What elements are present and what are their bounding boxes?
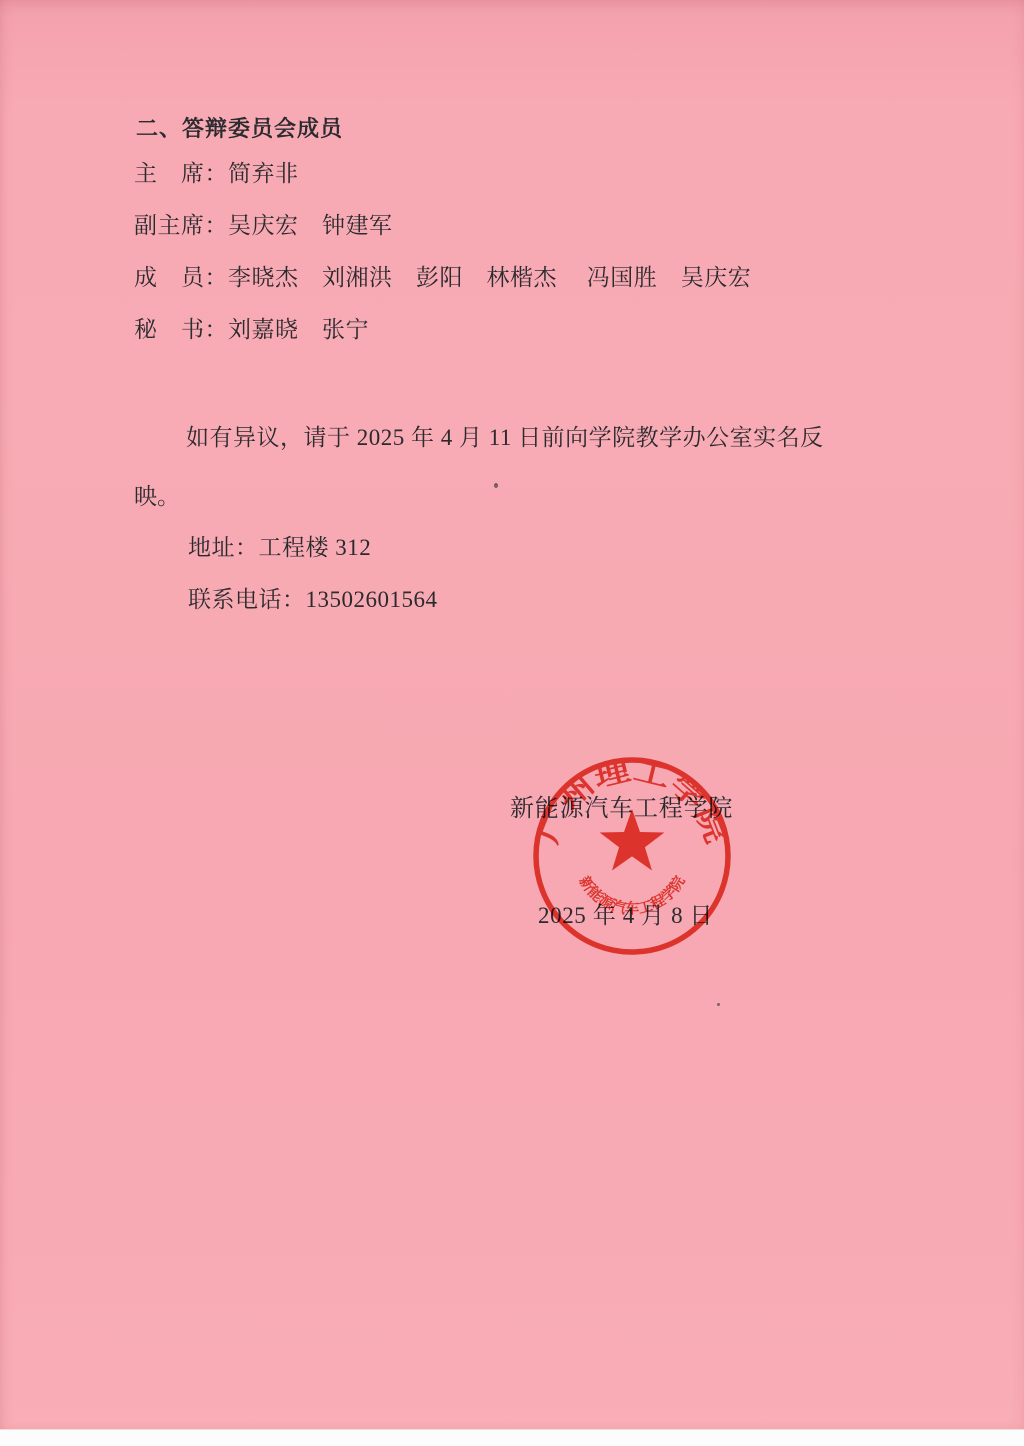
seal-star-icon bbox=[600, 809, 665, 871]
role-names: 吴庆宏 钟建军 bbox=[228, 213, 393, 238]
contact-phone-line: 联系电话：13502601564 bbox=[188, 581, 438, 614]
role-names: 简弃非 bbox=[228, 161, 299, 186]
committee-row-members: 成 员：李晓杰 刘湘洪 彭阳 林楷杰 冯国胜 吴庆宏 bbox=[134, 259, 751, 311]
scan-dust-speck bbox=[717, 1003, 720, 1006]
seal-bottom-arc-text: 新能源汽车工程学院 bbox=[576, 872, 689, 917]
role-label: 成 员： bbox=[134, 265, 228, 290]
scanned-document-page: 二、答辩委员会成员 主 席：简弃非 副主席：吴庆宏 钟建军 成 员：李晓杰 刘湘… bbox=[0, 0, 1024, 1446]
committee-row-vice-chair: 副主席：吴庆宏 钟建军 bbox=[134, 207, 751, 259]
pink-paper-sheet: 二、答辩委员会成员 主 席：简弃非 副主席：吴庆宏 钟建军 成 员：李晓杰 刘湘… bbox=[0, 0, 1024, 1430]
committee-member-list: 主 席：简弃非 副主席：吴庆宏 钟建军 成 员：李晓杰 刘湘洪 彭阳 林楷杰 冯… bbox=[134, 155, 751, 363]
section-heading: 二、答辩委员会成员 bbox=[136, 112, 343, 143]
committee-row-secretary: 秘 书：刘嘉晓 张宁 bbox=[134, 311, 751, 363]
objection-notice-line-2: 映。 bbox=[134, 478, 180, 511]
committee-row-chair: 主 席：简弃非 bbox=[134, 155, 751, 207]
role-label: 副主席： bbox=[134, 213, 228, 238]
role-label: 主 席： bbox=[134, 161, 228, 186]
address-line: 地址：工程楼 312 bbox=[188, 529, 371, 562]
role-names: 李晓杰 刘湘洪 彭阳 林楷杰 冯国胜 吴庆宏 bbox=[228, 265, 751, 290]
role-names: 刘嘉晓 张宁 bbox=[228, 317, 369, 342]
official-seal-stamp: 广州理工学院 新能源汽车工程学院 bbox=[520, 744, 744, 968]
objection-notice-line-1: 如有异议，请于 2025 年 4 月 11 日前向学院教学办公室实名反 bbox=[186, 419, 824, 452]
scan-background-strip bbox=[0, 1429, 1024, 1446]
role-label: 秘 书： bbox=[134, 317, 228, 342]
scan-dust-speck bbox=[494, 483, 498, 488]
